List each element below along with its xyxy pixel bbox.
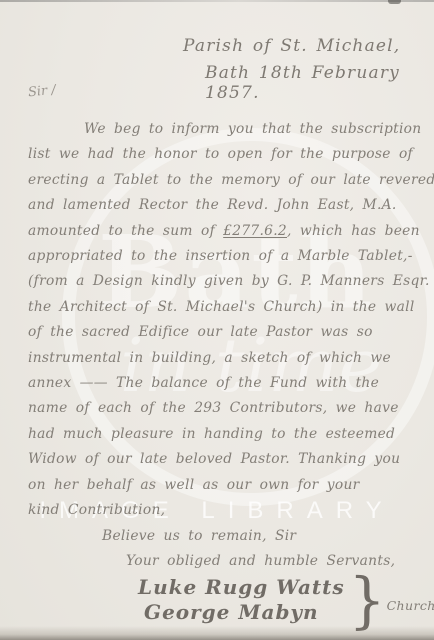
paper-top-edge [0,0,434,2]
letter-salutation: Sir / [27,83,56,101]
letter-line: name of each of the 293 Contributors, we… [28,396,412,421]
letter-closing-remain: Believe us to remain, Sir [102,524,412,549]
paper-bottom-edge [0,626,434,640]
signature-role-label: Churchwardens. [387,598,434,613]
paper-top-notch [388,0,401,4]
letter-line-amount: amounted to the sum of £277.6.2, which h… [28,219,412,244]
letter-line: list we had the honor to open for the pu… [28,142,412,167]
letter-line: had much pleasure in handing to the este… [28,422,412,447]
letter-photograph: Bath in time IMAGE LIBRARY Parish of St.… [0,0,434,640]
signature-luke-rugg-watts: Luke Rugg Watts [138,575,345,600]
letter-line: appropriated to the insertion of a Marbl… [28,244,412,269]
letter-line: the Architect of St. Michael's Church) i… [28,295,412,320]
letter-line: annex —— The balance of the Fund with th… [28,371,412,396]
subscription-amount: £277.6.2 [223,223,287,239]
letter-body: We beg to inform you that the subscripti… [28,117,412,574]
letter-line: on her behalf as well as our own for you… [28,473,412,498]
letter-line: of the sacred Edifice our late Pastor wa… [28,320,412,345]
signature-block: Luke Rugg Watts George Mabyn } Churchwar… [138,566,434,634]
letter-heading-parish: Parish of St. Michael, [183,36,400,56]
letter-line: and lamented Rector the Revd. John East,… [28,193,412,218]
letter-line: (from a Design kindly given by G. P. Man… [28,269,412,294]
signature-names: Luke Rugg Watts George Mabyn [138,575,345,625]
brace-glyph: } [349,564,386,635]
letter-line: We beg to inform you that the subscripti… [28,117,412,142]
amount-suffix: , which has been [287,223,420,239]
letter-heading-date: Bath 18th February 1857. [205,63,434,103]
signature-george-mabyn: George Mabyn [144,600,345,625]
letter-line: erecting a Tablet to the memory of our l… [28,168,412,193]
amount-prefix: amounted to the sum of [28,223,223,239]
letter-line: kind Contribution, [28,498,412,523]
letter-line: Widow of our late beloved Pastor. Thanki… [28,447,412,472]
letter-line: instrumental in building, a sketch of wh… [28,346,412,371]
